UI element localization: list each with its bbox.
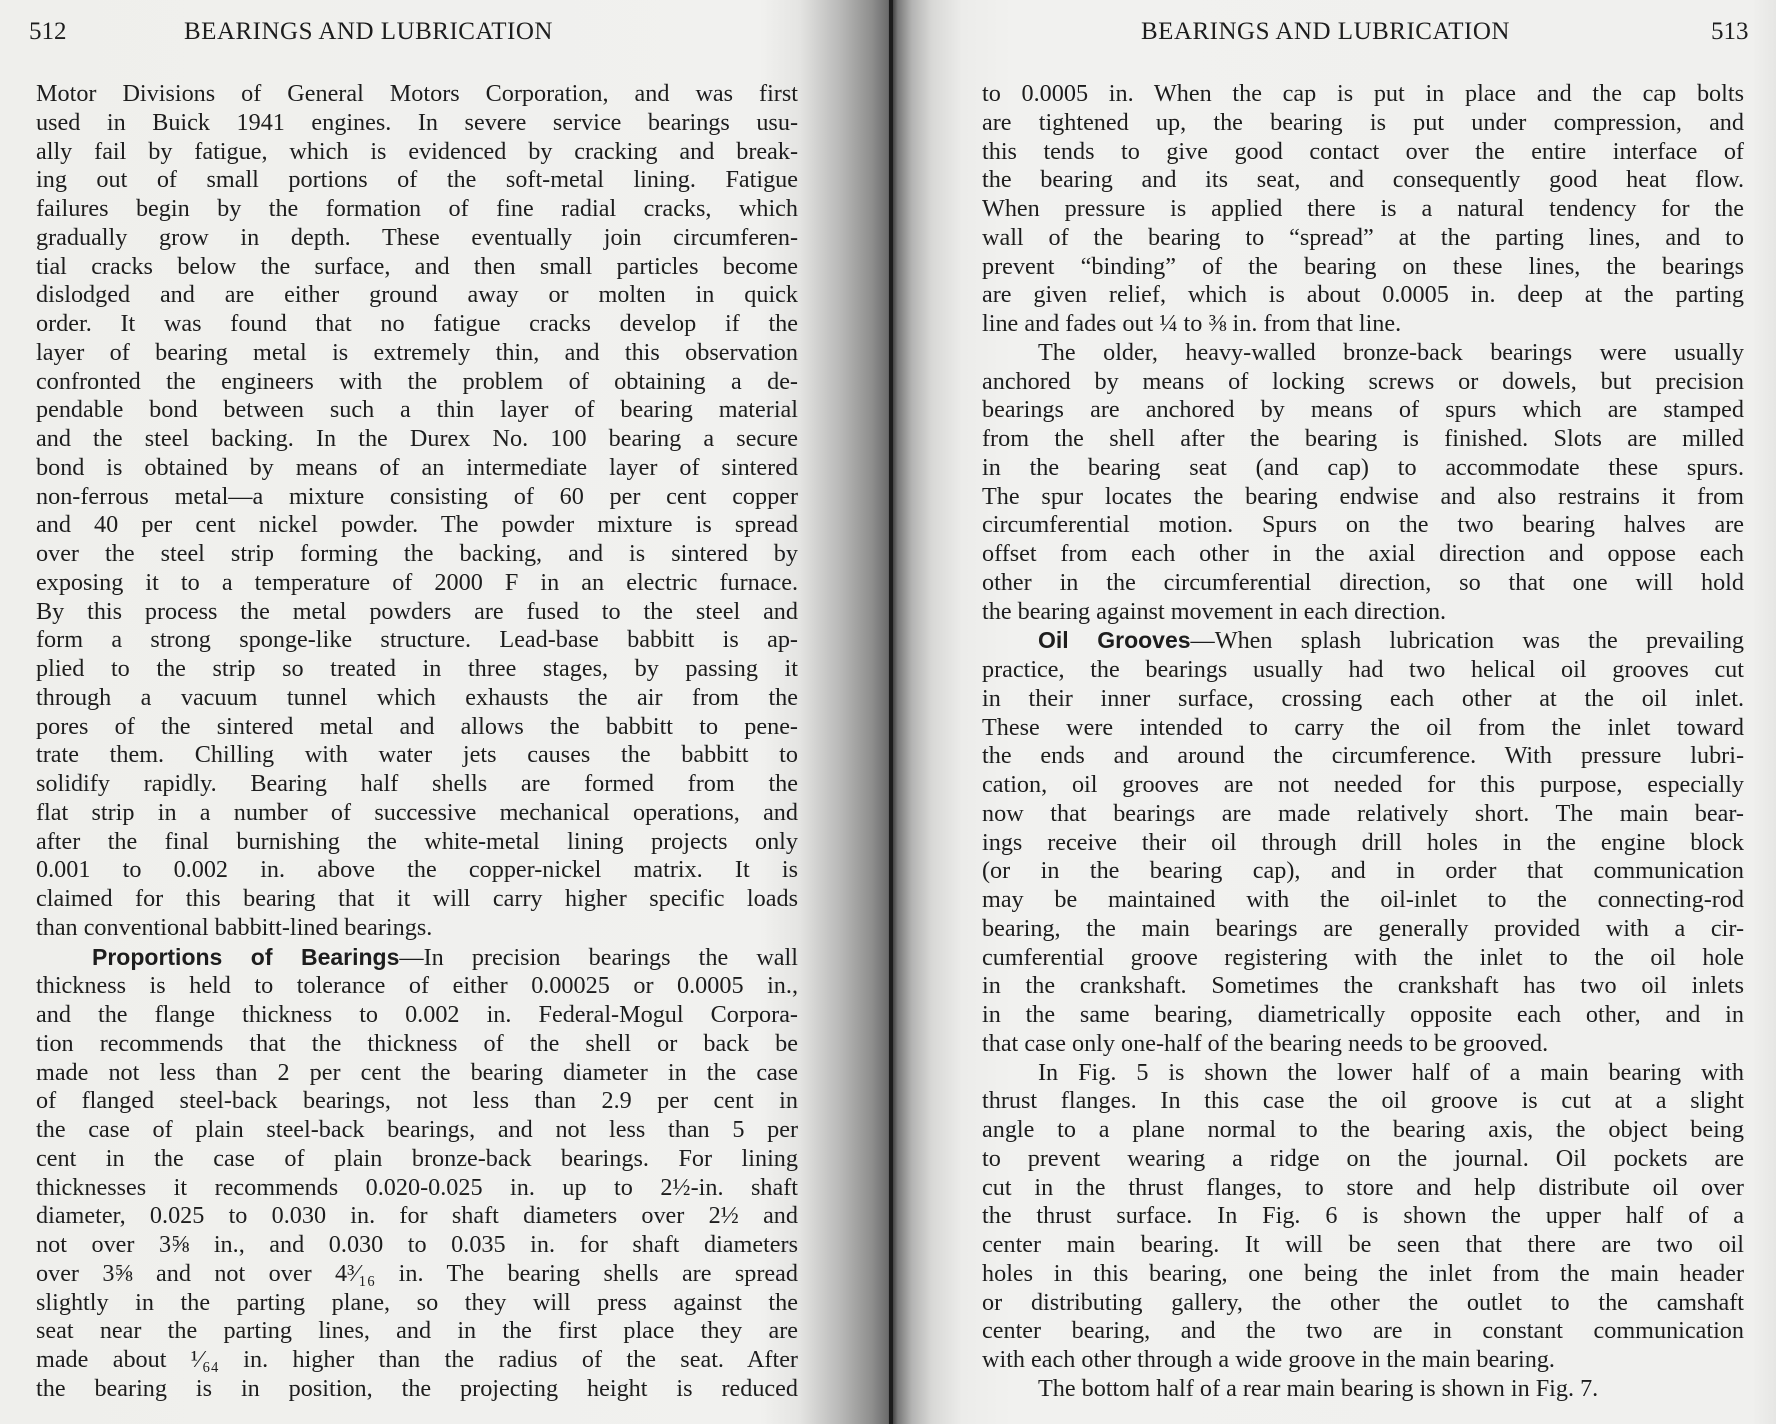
paragraph-durex-bearing: Motor Divisions of General Motors Corpor… xyxy=(36,80,798,943)
text-line: bearings are anchored by means of spurs … xyxy=(982,396,1744,425)
text-line: anchored by means of locking screws or d… xyxy=(982,368,1744,397)
text-line: tial cracks below the surface, and then … xyxy=(36,253,798,282)
text-line: prevent “binding” of the bearing on thes… xyxy=(982,253,1744,282)
text-line: from the shell after the bearing is fini… xyxy=(982,425,1744,454)
text-line: cation, oil grooves are not needed for t… xyxy=(982,771,1744,800)
text-line: with each other through a wide groove in… xyxy=(982,1346,1744,1375)
text-line: seat near the parting lines, and in the … xyxy=(36,1317,798,1346)
text-line: are given relief, which is about 0.0005 … xyxy=(982,281,1744,310)
section-first-line: Proportions of Bearings—In precision bea… xyxy=(36,943,798,973)
text-line: the bearing is in position, the projecti… xyxy=(36,1375,798,1404)
text-line: thickness is held to tolerance of either… xyxy=(36,972,798,1001)
section-oil-grooves: Oil Grooves—When splash lubrication was … xyxy=(982,626,1744,1058)
text-line: flat strip in a number of successive mec… xyxy=(36,799,798,828)
text-line: The spur locates the bearing endwise and… xyxy=(982,483,1744,512)
text-line: trate them. Chilling with water jets cau… xyxy=(36,741,798,770)
text-line: line and fades out ¼ to ⅜ in. from that … xyxy=(982,310,1744,339)
text-line: and the flange thickness to 0.002 in. Fe… xyxy=(36,1001,798,1030)
text-line: in the crankshaft. Sometimes the cranksh… xyxy=(982,972,1744,1001)
text-line: offset from each other in the axial dire… xyxy=(982,540,1744,569)
text-line: thicknesses it recommends 0.020-0.025 in… xyxy=(36,1174,798,1203)
text-line: this tends to give good contact over the… xyxy=(982,138,1744,167)
text-line: exposing it to a temperature of 2000 F i… xyxy=(36,569,798,598)
text-line: ings receive their oil through drill hol… xyxy=(982,829,1744,858)
text-line: made not less than 2 per cent the bearin… xyxy=(36,1059,798,1088)
text-line: than conventional babbitt-lined bearings… xyxy=(36,914,798,943)
text-line: circumferential motion. Spurs on the two… xyxy=(982,511,1744,540)
text-line: are tightened up, the bearing is put und… xyxy=(982,109,1744,138)
text-line: 0.001 to 0.002 in. above the copper-nick… xyxy=(36,856,798,885)
right-page-number: 513 xyxy=(1711,18,1749,46)
text-line: diameter, 0.025 to 0.030 in. for shaft d… xyxy=(36,1202,798,1231)
text-line: and the steel backing. In the Durex No. … xyxy=(36,425,798,454)
book-gutter xyxy=(889,0,893,1424)
section-proportions-of-bearings: Proportions of Bearings—In precision bea… xyxy=(36,943,798,1404)
text-line: holes in this bearing, one being the inl… xyxy=(982,1260,1744,1289)
text-line: the bearing against movement in each dir… xyxy=(982,598,1744,627)
text-line: layer of bearing metal is extremely thin… xyxy=(36,339,798,368)
text-line: tion recommends that the thickness of th… xyxy=(36,1030,798,1059)
text-line: When pressure is applied there is a natu… xyxy=(982,195,1744,224)
text-line: In Fig. 5 is shown the lower half of a m… xyxy=(982,1059,1744,1088)
text-line: over 3⅝ and not over 4³⁄₁₆ in. The beari… xyxy=(36,1260,798,1289)
text-line: gradually grow in depth. These eventuall… xyxy=(36,224,798,253)
text-line: wall of the bearing to “spread” at the p… xyxy=(982,224,1744,253)
text-line: or distributing gallery, the other the o… xyxy=(982,1289,1744,1318)
text-line: may be maintained with the oil-inlet to … xyxy=(982,886,1744,915)
text-line: practice, the bearings usually had two h… xyxy=(982,656,1744,685)
section-heading: Proportions of Bearings xyxy=(92,944,399,970)
text-line: thrust flanges. In this case the oil gro… xyxy=(982,1087,1744,1116)
text-line: These were intended to carry the oil fro… xyxy=(982,714,1744,743)
text-line: plied to the strip so treated in three s… xyxy=(36,655,798,684)
text-line: angle to a plane normal to the bearing a… xyxy=(982,1116,1744,1145)
text-line: to 0.0005 in. When the cap is put in pla… xyxy=(982,80,1744,109)
right-running-head: BEARINGS AND LUBRICATION xyxy=(1141,18,1510,46)
text-line: and 40 per cent nickel powder. The powde… xyxy=(36,511,798,540)
section-first-line: Oil Grooves—When splash lubrication was … xyxy=(982,626,1744,656)
text-line: cumferential groove registering with the… xyxy=(982,944,1744,973)
text-line: bond is obtained by means of an intermed… xyxy=(36,454,798,483)
text-fragment: —In precision bearings the wall xyxy=(399,944,798,971)
text-line: in the bearing seat (and cap) to accommo… xyxy=(982,454,1744,483)
paragraph-fig-5-6: In Fig. 5 is shown the lower half of a m… xyxy=(982,1059,1744,1375)
left-page-body: Motor Divisions of General Motors Corpor… xyxy=(36,80,798,1404)
text-line: dislodged and are either ground away or … xyxy=(36,281,798,310)
section-heading: Oil Grooves xyxy=(1038,627,1191,653)
text-line: form a strong sponge-like structure. Lea… xyxy=(36,626,798,655)
text-line: confronted the engineers with the proble… xyxy=(36,368,798,397)
text-line: By this process the metal powders are fu… xyxy=(36,598,798,627)
right-page-body: to 0.0005 in. When the cap is put in pla… xyxy=(982,80,1744,1404)
text-line: the bearing and its seat, and consequent… xyxy=(982,166,1744,195)
text-line: center main bearing. It will be seen tha… xyxy=(982,1231,1744,1260)
text-line: used in Buick 1941 engines. In severe se… xyxy=(36,109,798,138)
text-line: slightly in the parting plane, so they w… xyxy=(36,1289,798,1318)
left-page-number: 512 xyxy=(29,18,67,46)
text-line: after the final burnishing the white-met… xyxy=(36,828,798,857)
text-line: not over 3⅝ in., and 0.030 to 0.035 in. … xyxy=(36,1231,798,1260)
text-line: solidify rapidly. Bearing half shells ar… xyxy=(36,770,798,799)
text-line: in their inner surface, crossing each ot… xyxy=(982,685,1744,714)
text-line: made about ¹⁄₆₄ in. higher than the radi… xyxy=(36,1346,798,1375)
paragraph-fig-7: The bottom half of a rear main bearing i… xyxy=(982,1375,1744,1404)
text-line: pores of the sintered metal and allows t… xyxy=(36,713,798,742)
text-line: to prevent wearing a ridge on the journa… xyxy=(982,1145,1744,1174)
text-line: (or in the bearing cap), and in order th… xyxy=(982,857,1744,886)
text-line: in the same bearing, diametrically oppos… xyxy=(982,1001,1744,1030)
left-running-head: BEARINGS AND LUBRICATION xyxy=(184,18,553,46)
text-line: ally fail by fatigue, which is evidenced… xyxy=(36,138,798,167)
text-line: The older, heavy-walled bronze-back bear… xyxy=(982,339,1744,368)
book-spread: 512 BEARINGS AND LUBRICATION BEARINGS AN… xyxy=(0,0,1776,1424)
text-line: now that bearings are made relatively sh… xyxy=(982,800,1744,829)
text-line: claimed for this bearing that it will ca… xyxy=(36,885,798,914)
text-line: other in the circumferential direction, … xyxy=(982,569,1744,598)
text-line: cent in the case of plain bronze-back be… xyxy=(36,1145,798,1174)
text-line: that case only one-half of the bearing n… xyxy=(982,1030,1744,1059)
text-line: cut in the thrust flanges, to store and … xyxy=(982,1174,1744,1203)
text-line: over the steel strip forming the backing… xyxy=(36,540,798,569)
text-line: of flanged steel-back bearings, not less… xyxy=(36,1087,798,1116)
text-line: non-ferrous metal—a mixture consisting o… xyxy=(36,483,798,512)
text-line: the thrust surface. In Fig. 6 is shown t… xyxy=(982,1202,1744,1231)
text-line: failures begin by the formation of fine … xyxy=(36,195,798,224)
text-line: order. It was found that no fatigue crac… xyxy=(36,310,798,339)
text-line: Motor Divisions of General Motors Corpor… xyxy=(36,80,798,109)
paragraph-anchoring: The older, heavy-walled bronze-back bear… xyxy=(982,339,1744,627)
text-line: pendable bond between such a thin layer … xyxy=(36,396,798,425)
text-line: ing out of small portions of the soft-me… xyxy=(36,166,798,195)
text-line: the case of plain steel-back bearings, a… xyxy=(36,1116,798,1145)
text-line: The bottom half of a rear main bearing i… xyxy=(982,1375,1744,1404)
paragraph-compression: to 0.0005 in. When the cap is put in pla… xyxy=(982,80,1744,339)
text-fragment: —When splash lubrication was the prevail… xyxy=(1191,627,1744,654)
text-line: through a vacuum tunnel which exhausts t… xyxy=(36,684,798,713)
text-line: bearing, the main bearings are generally… xyxy=(982,915,1744,944)
text-line: the ends and around the circumference. W… xyxy=(982,742,1744,771)
text-line: center bearing, and the two are in const… xyxy=(982,1317,1744,1346)
